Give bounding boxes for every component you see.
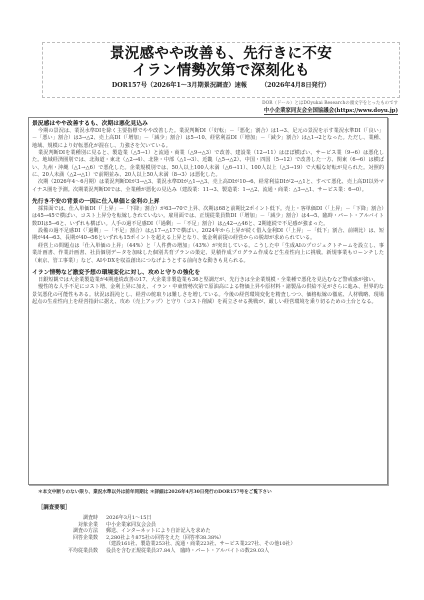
section-heading: 景況感はやや改善するも、次期は悪化見込み	[32, 120, 384, 128]
section-strategy: イラン情勢など激変予想の環境変化に対し、攻めと守りの強化を 日銀短観では大企業製…	[32, 269, 384, 306]
survey-label: 調査時	[48, 515, 106, 522]
survey-value: （建設161社、製造業253社、流通・商業223社、サービス業227社、その他1…	[106, 541, 296, 548]
paragraph: 業況判断DIを業種別に見ると、製造業（△5→1）と流通・商業（△9→△3）で改善…	[32, 150, 384, 179]
survey-label	[48, 541, 106, 548]
paragraph: 経営上の問題点は「仕入単価の上昇」（44%）と「人件費の増加」（43%）が突出し…	[32, 243, 384, 265]
issue-label: DOR157号（2026年1〜3月期景況調査）速報	[112, 82, 247, 89]
issue-date: （2026年4月8日発行）	[261, 82, 330, 89]
report-body: 景況感はやや改善するも、次期は悪化見込み 今期の景況は、業況水準DIを除く主要指…	[28, 117, 388, 485]
footnote: ＊本文中断りのない限り、業況水準以外は前年同期比 ＊詳細は2026年4月30日発…	[38, 489, 272, 495]
survey-row: （建設161社、製造業253社、流通・商業223社、サービス業227社、その他1…	[48, 541, 296, 548]
survey-row: 調査時 2026年3月1〜15日	[48, 515, 296, 522]
paragraph: 次期（2026年4〜6月期）は業況判断DIが3→△3、業況水準DIが△1→△3、…	[32, 179, 384, 194]
section-costs: 先行き不安の背景の一因に仕入単価と金利の上昇 採算面では、仕入単価DI（「上昇」…	[32, 198, 384, 265]
section-heading: イラン情勢など激変予想の環境変化に対し、攻めと守りの強化を	[32, 269, 384, 277]
survey-value: 郵送、インターネットにより自計記入を求めた	[106, 528, 211, 535]
title-box: 景況感やや改善も、先行きに不安 イラン情勢次第で深刻化も DOR157号（202…	[42, 42, 400, 98]
survey-row: 調査の方法 郵送、インターネットにより自計記入を求めた	[48, 528, 296, 535]
headline-main: 景況感やや改善も、先行きに不安	[43, 46, 399, 63]
section-outlook: 景況感はやや改善するも、次期は悪化見込み 今期の景況は、業況水準DIを除く主要指…	[32, 120, 384, 194]
survey-label: 平均従業員数	[48, 548, 106, 555]
paragraph: 採算面では、仕入単価DI（「上昇」－「下降」割合）が63→70で上昇、次期は68…	[32, 206, 384, 228]
paragraph: 慢性的な人手不足にコスト増、金利上昇に加え、イラン・中東情勢次第で原油高による物…	[32, 284, 384, 306]
survey-value: 2026年3月1〜15日	[106, 515, 151, 522]
paragraph: 設備の過不足感DI（「過剰」－「不足」割合）は△17→△17で横ばい。2024年…	[32, 228, 384, 243]
headline-sub: イラン情勢次第で深刻化も	[43, 63, 399, 80]
paragraph: 今期の景況は、業況水準DIを除く主要指標でやや改善した。業況判断DI（「好転」－…	[32, 128, 384, 150]
survey-label: 調査の方法	[48, 528, 106, 535]
survey-value: 役員を含む正規従業員37.84人 臨時・パート・アルバイトの数29.03人	[106, 548, 269, 555]
organization-link[interactable]: 中小企業家同友会全国協議会(https://www.doyu.jp)	[264, 106, 398, 115]
survey-row: 平均従業員数 役員を含む正規従業員37.84人 臨時・パート・アルバイトの数29…	[48, 548, 296, 555]
survey-title: ［調査要領］	[38, 503, 70, 511]
issue-subtitle: DOR157号（2026年1〜3月期景況調査）速報（2026年4月8日発行）	[43, 81, 399, 90]
survey-label: 回答企業数	[48, 535, 106, 542]
section-heading: 先行き不安の背景の一因に仕入単価と金利の上昇	[32, 198, 384, 206]
survey-details: 調査時 2026年3月1〜15日 対象企業 中小企業家同友会会員 調査の方法 郵…	[48, 515, 296, 555]
